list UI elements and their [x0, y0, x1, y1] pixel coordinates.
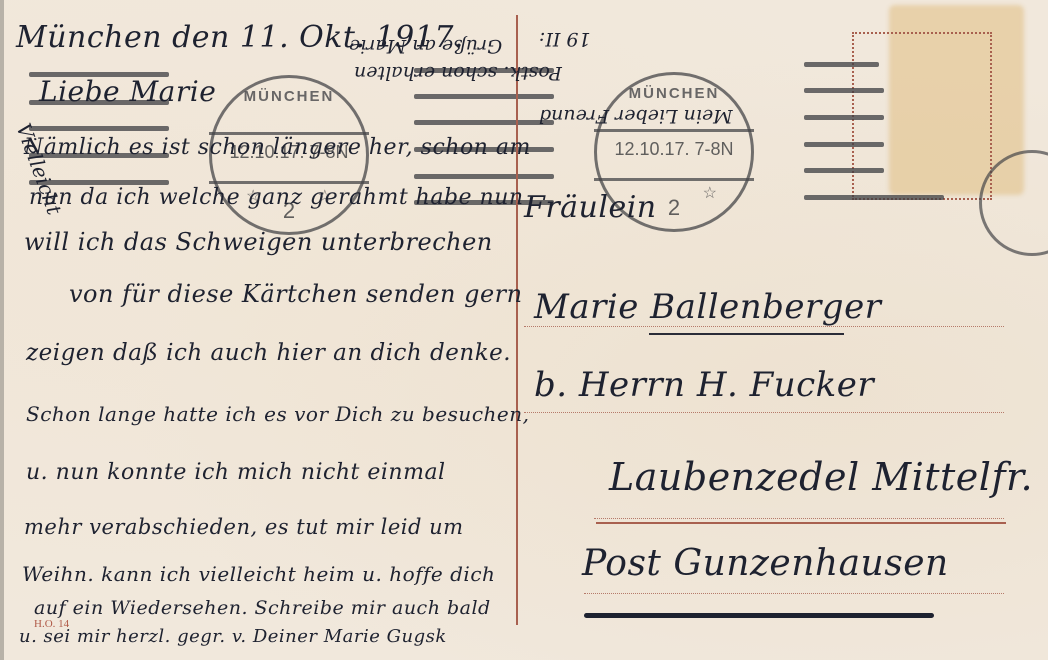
address-rule: [596, 522, 1006, 524]
cancel-line: [29, 126, 169, 131]
address-name: Marie Ballenberger: [534, 287, 881, 327]
upside-down-line: 19 II:: [539, 28, 591, 50]
message-line: zeigen daß ich auch hier an dich denke.: [26, 340, 511, 366]
address-line: [524, 412, 1004, 413]
message-line: auf ein Wiedersehen. Schreibe mir auch b…: [34, 597, 491, 619]
postcard: MÜNCHEN 12.10.17. 7-8N ☆ ☆ 2 MÜNCHEN 12.…: [0, 0, 1048, 660]
postmark-city: MÜNCHEN: [597, 85, 751, 102]
message-line: will ich das Schweigen unterbrechen: [24, 228, 493, 256]
center-divider: [516, 15, 518, 625]
message-line: Nämlich es ist schon längere her, schon …: [24, 135, 531, 160]
postmark-city: MÜNCHEN: [212, 88, 366, 105]
upside-down-line: Postk. schon erhalten: [354, 62, 562, 84]
message-line: Schon lange hatte ich es vor Dich zu bes…: [26, 402, 529, 426]
message-line: nun da ich welche ganz gerahmt habe nun: [29, 185, 524, 210]
print-code: H.O. 14: [34, 618, 69, 630]
address-title: Fräulein: [524, 190, 657, 225]
upside-down-line: Mein Lieber Freund: [539, 105, 733, 127]
post-underline: [584, 613, 934, 618]
message-line: u. sei mir herzl. gegr. v. Deiner Marie …: [19, 626, 447, 647]
address-line: [524, 326, 1004, 327]
address-line: [584, 593, 1004, 594]
address-post: Post Gunzenhausen: [582, 543, 949, 584]
message-line: mehr verabschieden, es tut mir leid um: [24, 515, 464, 539]
cancel-line: [804, 195, 944, 200]
cancel-line: [414, 94, 554, 99]
salutation: Liebe Marie: [39, 75, 216, 108]
message-line: von für diese Kärtchen senden gern: [69, 280, 523, 308]
postmark-date: 12.10.17. 7-8N: [597, 139, 751, 160]
message-line: Weihn. kann ich vielleicht heim u. hoffe…: [22, 562, 495, 586]
cancel-line: [804, 88, 884, 93]
address-line: [594, 518, 1004, 519]
cancel-line: [804, 115, 884, 120]
cancel-line: [414, 120, 554, 125]
address-town: Laubenzedel Mittelfr.: [609, 455, 1033, 499]
address-care-of: b. Herrn H. Fucker: [534, 365, 874, 405]
cancel-line: [414, 174, 554, 179]
upside-down-line: Grüße an Marie: [349, 35, 502, 57]
name-underline: [649, 333, 844, 335]
cancel-line: [804, 142, 884, 147]
message-line: u. nun konnte ich mich nicht einmal: [26, 460, 446, 485]
cancel-line: [804, 168, 884, 173]
cancel-line: [804, 62, 879, 67]
